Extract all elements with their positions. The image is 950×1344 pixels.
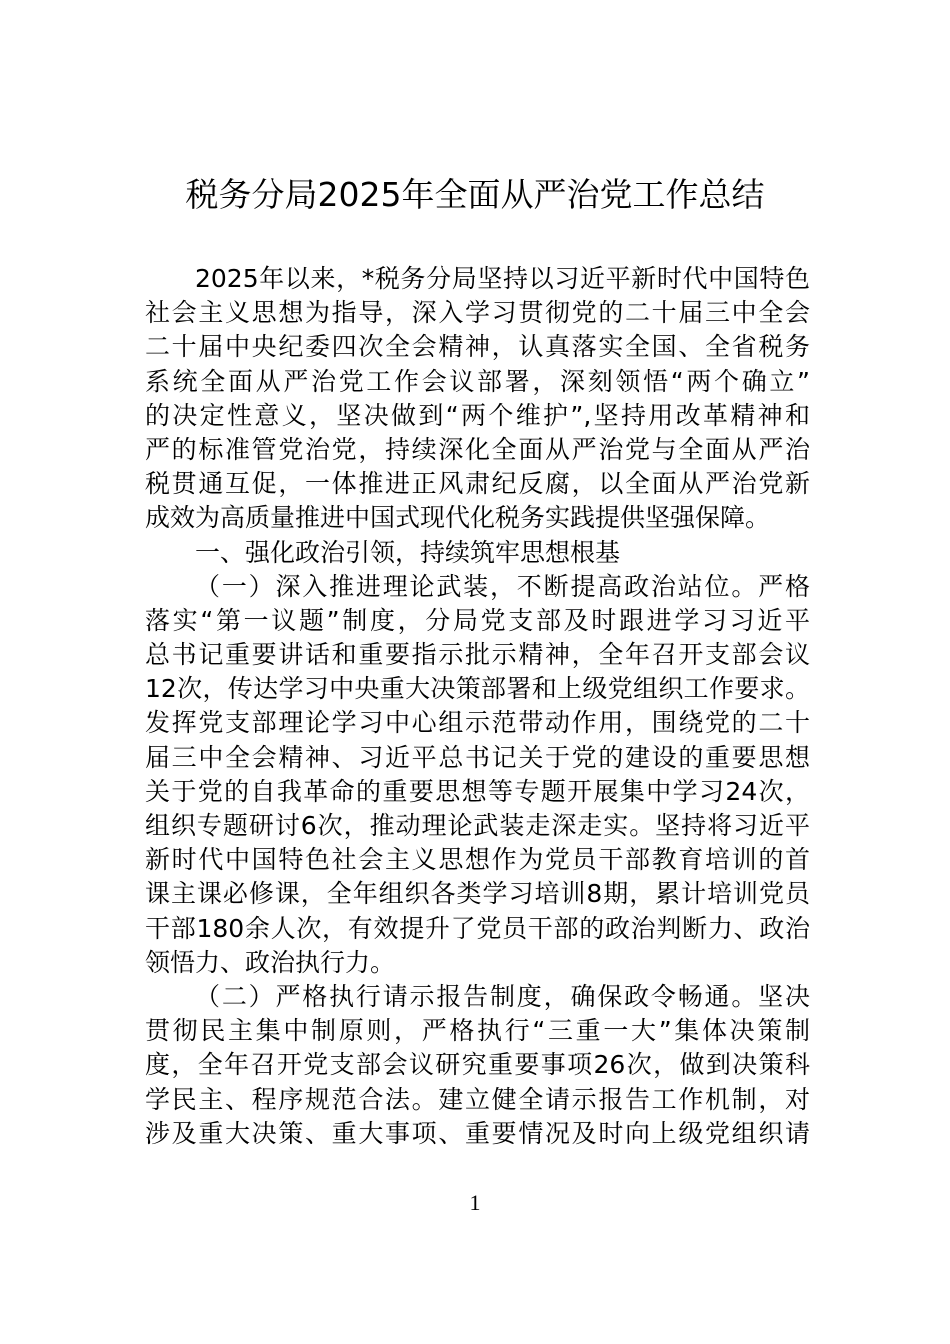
text-line: 系统全面从严治党工作会议部署，深刻领悟“两个确立” [145, 365, 810, 399]
text-line: 涉及重大决策、重大事项、重要情况及时向上级党组织请 [145, 1117, 810, 1151]
text-line: 社会主义思想为指导，深入学习贯彻党的二十届三中全会 [145, 296, 810, 330]
paragraph-subsection-2: （二）严格执行请示报告制度，确保政令畅通。坚决 贯彻民主集中制原则，严格执行“三… [145, 980, 810, 1151]
text-line: 税贯通互促，一体推进正风肃纪反腐，以全面从严治党新 [145, 467, 810, 501]
text-line: 届三中全会精神、习近平总书记关于党的建设的重要思想 [145, 741, 810, 775]
text-line: 干部180余人次，有效提升了党员干部的政治判断力、政治 [145, 912, 810, 946]
text-line: 成效为高质量推进中国式现代化税务实践提供坚强保障。 [145, 501, 810, 535]
text-line: 2025年以来，*税务分局坚持以习近平新时代中国特色 [145, 262, 810, 296]
text-line: 的决定性意义，坚决做到“两个维护”,坚持用改革精神和 [145, 399, 810, 433]
text-line: 发挥党支部理论学习中心组示范带动作用，围绕党的二十 [145, 706, 810, 740]
text-line: 总书记重要讲话和重要指示批示精神，全年召开支部会议 [145, 638, 810, 672]
text-line: 领悟力、政治执行力。 [145, 946, 810, 980]
text-line: （二）严格执行请示报告制度，确保政令畅通。坚决 [145, 980, 810, 1014]
document-title: 税务分局2025年全面从严治党工作总结 [0, 172, 950, 218]
paragraph-subsection-1: （一）深入推进理论武装，不断提高政治站位。严格 落实“第一议题”制度，分局党支部… [145, 570, 810, 980]
section-heading-1: 一、强化政治引领，持续筑牢思想根基 [145, 536, 810, 570]
text-line: 课主课必修课，全年组织各类学习培训8期，累计培训党员 [145, 877, 810, 911]
text-line: 组织专题研讨6次，推动理论武装走深走实。坚持将习近平 [145, 809, 810, 843]
text-line: 二十届中央纪委四次全会精神，认真落实全国、全省税务 [145, 330, 810, 364]
text-line: （一）深入推进理论武装，不断提高政治站位。严格 [145, 570, 810, 604]
page-number: 1 [0, 1190, 950, 1216]
text-line: 严的标准管党治党，持续深化全面从严治党与全面从严治 [145, 433, 810, 467]
document-page: 税务分局2025年全面从严治党工作总结 2025年以来，*税务分局坚持以习近平新… [0, 0, 950, 1344]
text-line: 落实“第一议题”制度，分局党支部及时跟进学习习近平 [145, 604, 810, 638]
text-line: 关于党的自我革命的重要思想等专题开展集中学习24次， [145, 775, 810, 809]
text-line: 学民主、程序规范合法。建立健全请示报告工作机制，对 [145, 1083, 810, 1117]
text-line: 新时代中国特色社会主义思想作为党员干部教育培训的首 [145, 843, 810, 877]
paragraph-intro: 2025年以来，*税务分局坚持以习近平新时代中国特色 社会主义思想为指导，深入学… [145, 262, 810, 536]
heading-line: 一、强化政治引领，持续筑牢思想根基 [145, 536, 810, 570]
document-body: 2025年以来，*税务分局坚持以习近平新时代中国特色 社会主义思想为指导，深入学… [145, 262, 810, 1151]
text-line: 12次，传达学习中央重大决策部署和上级党组织工作要求。 [145, 672, 810, 706]
text-line: 度，全年召开党支部会议研究重要事项26次，做到决策科 [145, 1048, 810, 1082]
text-line: 贯彻民主集中制原则，严格执行“三重一大”集体决策制 [145, 1014, 810, 1048]
